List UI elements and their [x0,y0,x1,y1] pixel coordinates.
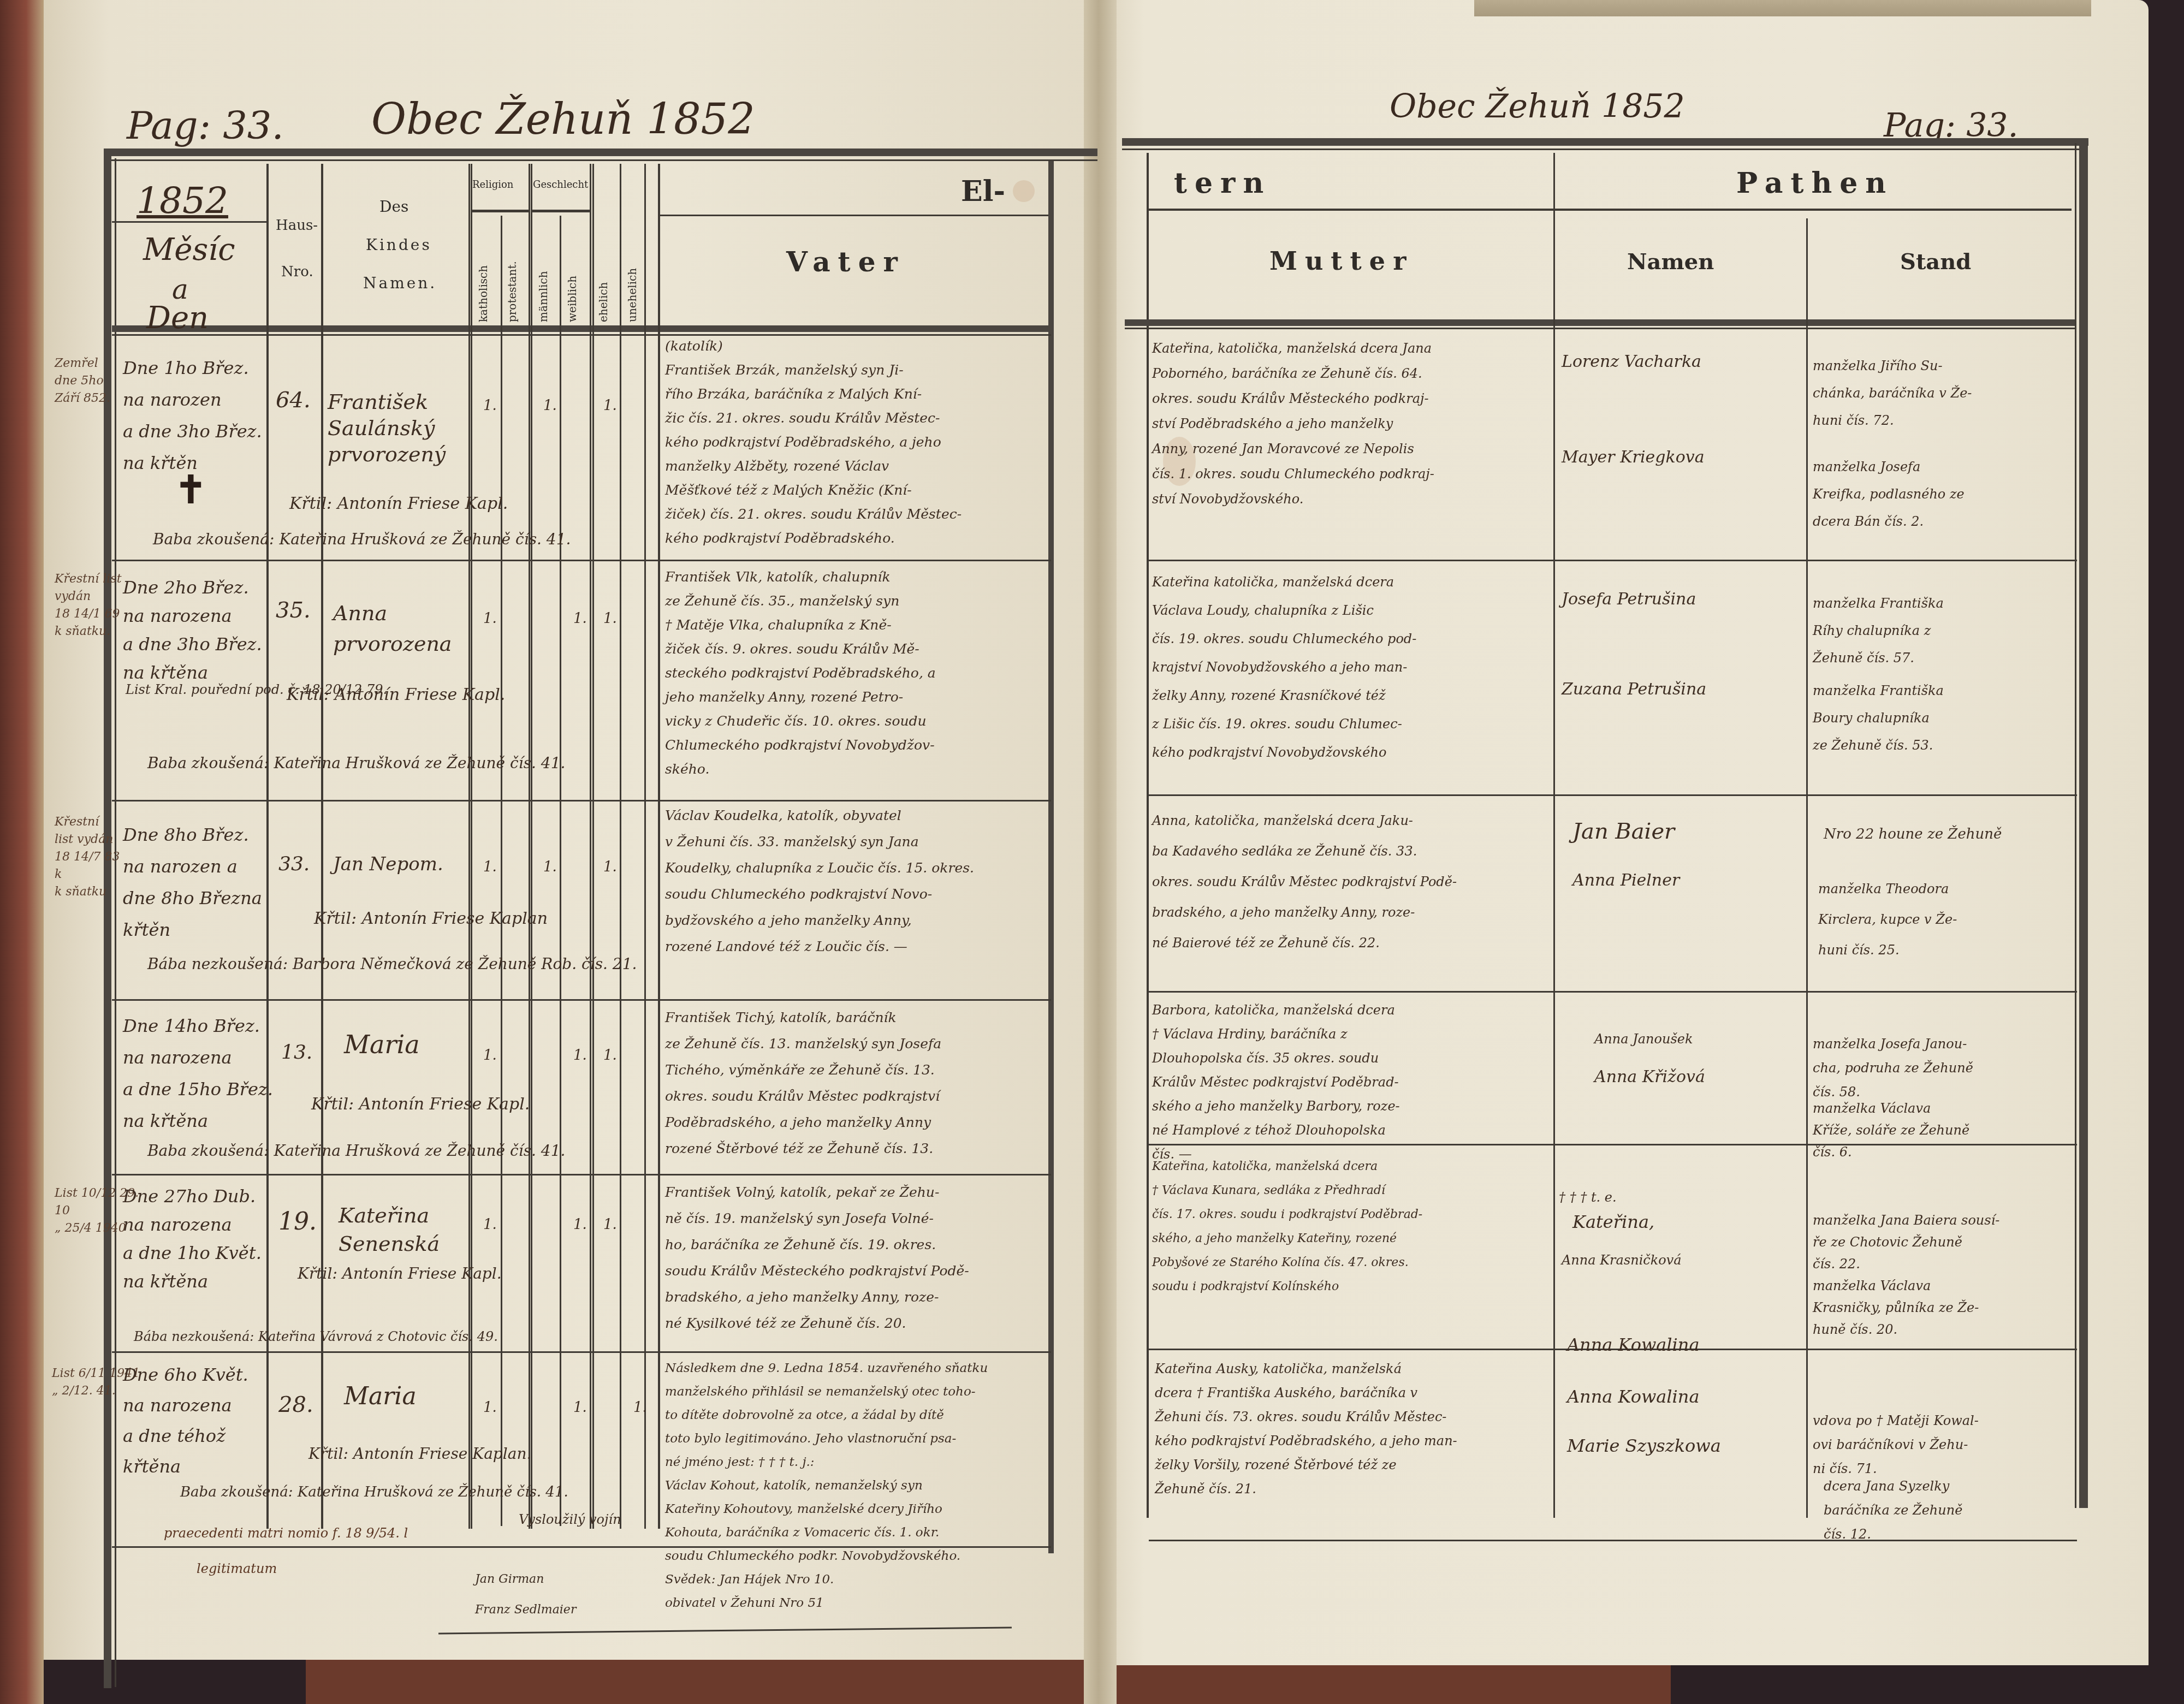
godparent-status: manželka Františka Boury chalupníka ze Ž… [1813,677,1944,759]
godparent-status: manželka Jiřího Su- chánka, baráčníka v … [1813,352,1972,434]
header-eltern-left: El- [961,177,1005,206]
godparent-name: Anna Pielner [1572,868,1679,893]
header-mutter: Mutter [1269,248,1414,274]
birth-baptism-date: Dne 8ho Břez. na narozen a dne 8ho Březn… [123,819,262,946]
mother-details: Anna, katolička, manželská dcera Jaku- b… [1152,805,1457,958]
child-name: Anna prvorozena [333,598,452,659]
godparent-status: manželka Václava Krasničky, půlníka ze Ž… [1813,1275,1979,1340]
legitimacy-mark: 1. [603,393,617,418]
birth-baptism-date: Dne 2ho Břez. na narozena a dne 3ho Břez… [123,573,262,687]
page-edges [1474,0,2091,16]
godparent-name: Lorenz Vacharka [1562,349,1701,375]
header-pathen: Pathen [1736,169,1894,198]
godparent-name: Anna Kowalina [1567,1332,1700,1357]
header-and: a [172,276,188,303]
mother-details: Kateřina Ausky, katolička, manželská dce… [1155,1357,1457,1501]
godparent-status: manželka Františka Ríhy chalupníka z Žeh… [1813,590,1944,672]
baptized-by: Křtil: Antonín Friese Kapl. [289,491,508,516]
book-binding-bottom [306,1660,1671,1704]
header-bottom-border [112,325,1051,332]
religion-mark: 1. [483,393,497,418]
father-details: Následkem dne 9. Ledna 1854. uzavřeného … [665,1357,988,1615]
header-month: Měsíc [143,235,235,265]
midwife: Baba zkoušená: Kateřina Hrušková ze Žehu… [180,1480,568,1505]
header-nro: Nro. [281,265,313,279]
mother-details: Kateřina katolička, manželská dcera Václ… [1152,568,1416,767]
godparent-name: Kateřina, [1572,1209,1654,1234]
gender-mark: 1. [573,606,587,631]
child-name: Maria [344,1384,417,1409]
paper-stain [1013,180,1035,202]
house-number: 35. [276,598,311,623]
religion-rule [471,210,530,212]
left-page-title: Obec Žehuň 1852 [371,98,755,141]
footnote: praecedenti matri nomio f. 18 9/54. l [164,1521,408,1546]
col-rule [1553,153,1555,1518]
father-details: František Vlk, katolík, chalupník ze Žeh… [665,565,936,781]
house-number: 13. [281,1040,312,1065]
birth-baptism-date: Dne 14ho Břez. na narozena a dne 15ho Bř… [123,1010,273,1137]
header-protestant: protestant. [507,251,518,322]
house-number: 28. [278,1392,313,1417]
col-rule [590,164,591,1529]
gender-mark: 1. [573,1212,587,1237]
header-pathen-namen: Namen [1627,251,1714,273]
row-divider [112,1351,1051,1353]
godparent-status: manželka Jana Baiera sousí- ře ze Chotov… [1813,1209,1999,1275]
legitimacy-mark: 1. [603,1043,617,1068]
extra-note: Vysloužilý vojín [519,1507,621,1532]
col-rule [529,164,530,1529]
baptized-by: Křtil: Antonín Friese Kapl. [287,682,505,708]
col-rule [592,164,594,1529]
book-binding-left [0,0,44,1704]
father-details: (katolík) František Brzák, manželský syn… [665,334,962,550]
header-eltern-right: tern [1174,169,1271,198]
gender-mark: 1. [543,854,557,880]
father-details: Václav Koudelka, katolík, obyvatel v Žeh… [665,803,974,960]
mother-details: Kateřina, katolička, manželská dcera † V… [1152,1155,1422,1299]
right-page-label: Pag: 33. [1884,109,2019,142]
gender-mark: 1. [573,1043,587,1068]
legitimacy-mark: 1. [603,854,617,880]
birth-baptism-date: Dne 27ho Dub. na narozena a dne 1ho Květ… [123,1182,262,1296]
left-page-label: Pag: 33. [127,106,284,145]
midwife: Baba zkoušená: Kateřina Hrušková ze Žehu… [147,1138,565,1163]
birth-baptism-date: Dne 1ho Břez. na narozen a dne 3ho Břez.… [123,352,262,479]
table-left-border [1147,153,1149,1518]
religion-mark: 1. [483,1212,497,1237]
table-top-border [104,149,1097,156]
child-name: Kateřina Senenská [339,1201,440,1258]
header-haus: Haus- [276,218,318,233]
child-name: František Saulánský prvorozený [328,389,446,467]
father-details: František Volný, katolík, pekař ze Žehu-… [665,1179,969,1337]
col-rule [1806,218,1808,1518]
godparent-name: Zuzana Petrušina [1562,677,1706,702]
house-number: 33. [278,852,310,877]
witness-note: Jan Girman Franz Sedlmaier [475,1564,576,1625]
baptized-by: Křtil: Antonín Friese Kapl. [311,1092,530,1117]
table-top-border-inner [106,159,1097,161]
signature-marks: † † † t. e. [1559,1185,1617,1210]
godparent-name: Anna Krasničková [1562,1248,1682,1273]
baptized-by: Křtil: Antonín Friese Kaplan [314,906,548,931]
midwife: Bába nezkoušená: Barbora Němečková ze Že… [147,950,650,978]
baptized-by: Křtil: Antonín Friese Kaplan. [308,1441,531,1466]
gender-mark: 1. [543,393,557,418]
godparent-name: Anna Křižová [1594,1065,1705,1090]
godparent-status: Nro 22 houne ze Žehuně [1824,822,2002,847]
eltern-pathen-rule [1149,209,2072,211]
godparent-name: Mayer Kriegkova [1562,445,1705,470]
row-divider [112,800,1051,801]
legitimacy-mark: 1. [603,1212,617,1237]
table-right-border-inner [2075,143,2076,1508]
geschlecht-rule [531,210,591,212]
midwife: Baba zkoušená: Kateřina Hrušková ze Žehu… [153,527,571,552]
col-rule [658,164,660,1529]
row-divider [112,1174,1051,1175]
header-ehelich: ehelich [598,262,609,322]
header-day: Den [146,303,209,334]
col-rule [644,164,646,1529]
header-geschlecht: Geschlecht [533,180,588,190]
religion-mark: 1. [483,1395,497,1420]
baptized-by: Křtil: Antonín Friese Kapl. [298,1261,502,1286]
mother-details: Barbora, katolička, manželská dcera † Vá… [1152,998,1400,1166]
header-bottom-border-inner [1125,328,2075,329]
child-name: Maria [344,1032,420,1057]
col-rule [501,216,502,1526]
header-katholisch: katholisch [478,251,489,322]
house-number: 19. [278,1209,317,1234]
col-rule [531,164,532,1529]
child-name: Jan Nepom. [333,852,443,877]
birth-baptism-date: Dne 6ho Květ. na narozena a dne téhož kř… [123,1359,248,1482]
table-top-border-inner [1122,149,2086,150]
row-divider [112,560,1051,561]
godparent-status: manželka Josefa Janou- cha, podruha ze Ž… [1813,1032,1973,1104]
midwife: Bába nezkoušená: Kateřina Vávrová z Chot… [134,1324,498,1349]
header-unehelich: unehelich [627,251,638,322]
godparent-status: vdova po † Matěji Kowal- ovi baráčníkovi… [1813,1409,1979,1481]
margin-note: Křestní list vydán 18 14/7 83 k k sňatku [55,814,120,901]
header-bottom-border [1125,319,2075,326]
father-details: František Tichý, katolík, baráčník ze Že… [665,1005,941,1162]
table-right-border [2079,143,2088,1508]
right-page-title: Obec Žehuň 1852 [1390,90,1685,123]
mother-details: Kateřina, katolička, manželská dcera Jan… [1152,336,1434,512]
religion-mark: 1. [483,854,497,880]
legitimacy-mark: 1. [633,1395,647,1420]
table-left-border-inner [115,158,116,1687]
godparent-status: manželka Theodora Kirclera, kupce v Že- … [1818,874,1957,965]
godparent-status: dcera Jana Syzelky baráčníka ze Žehuně č… [1824,1474,1962,1546]
header-kindes: Kindes [366,238,432,253]
table-top-border [1122,138,2088,146]
godparent-name: Anna Kowalina [1567,1384,1700,1409]
header-year: 1852 [136,183,228,219]
house-number: 64. [276,388,311,413]
gender-mark: 1. [573,1395,587,1420]
book-gutter [1084,0,1117,1704]
legitimation-note: legitimatum [197,1556,277,1581]
row-divider [1149,560,2077,561]
legitimacy-mark: 1. [603,606,617,631]
col-rule [560,216,561,1526]
header-weiblich: weiblich [567,251,578,322]
header-des: Des [379,199,408,215]
godparent-status: manželka Josefa Kreifka, podlasného ze d… [1813,453,1965,535]
death-cross-icon: ✝ [175,467,207,512]
header-religion: Religion [472,180,513,190]
row-divider [112,999,1051,1001]
row-divider [1149,991,2077,993]
margin-note: Křestní list vydán 18 14/1 69 k sňatku. [55,571,122,640]
godparent-status: manželka Václava Kříže, soláře ze Žehuně… [1813,1097,1969,1163]
religion-mark: 1. [483,1043,497,1068]
row-divider [1149,794,2077,796]
margin-note: Zemřel dne 5ho Září 852. [55,355,110,407]
religion-mark: 1. [483,606,497,631]
col-rule [620,164,621,1529]
table-right-border [1048,161,1054,1553]
header-maennlich: männlich [538,251,549,322]
godparent-name: Anna Janoušek [1594,1026,1693,1052]
header-namen: Namen. [363,276,437,291]
eltern-rule [658,215,1048,216]
header-pathen-stand: Stand [1900,251,1971,273]
midwife: Baba zkoušená: Kateřina Hrušková ze Žehu… [147,751,565,776]
godparent-name: Josefa Petrušina [1562,587,1696,612]
header-vater: Vater [786,248,905,276]
godparent-name: Jan Baier [1572,819,1675,844]
godparent-name: Marie Szyszkowa [1567,1433,1721,1458]
